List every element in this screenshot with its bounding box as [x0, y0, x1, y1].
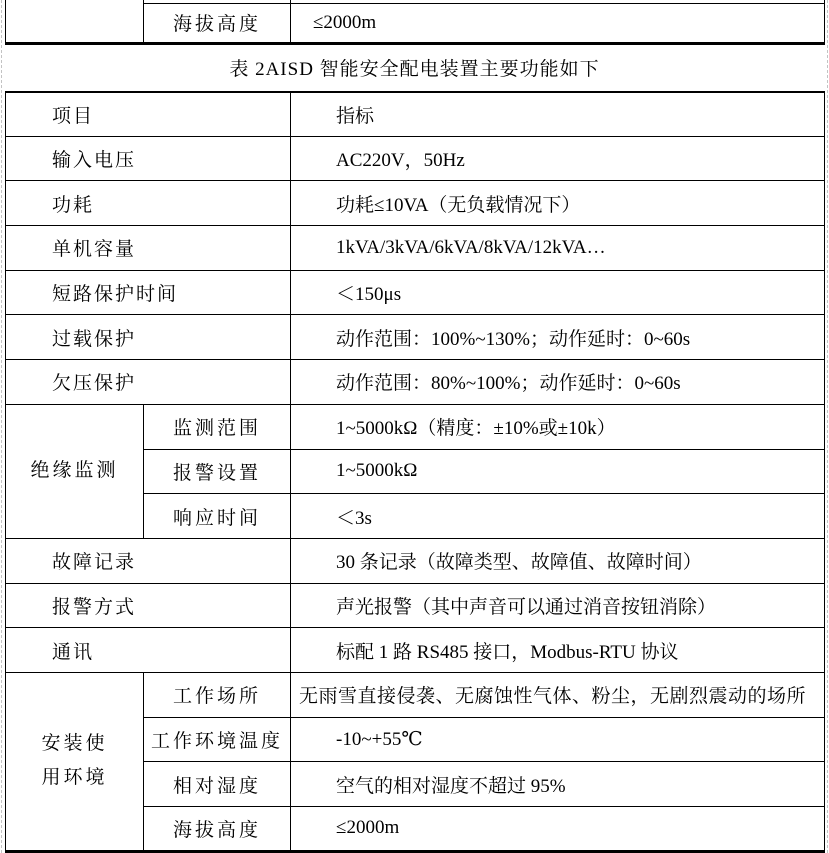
table-row-alarm-mode: 报警方式 声光报警（其中声音可以通过消音按钮消除）: [6, 583, 825, 628]
empty-group-cell: [6, 0, 144, 43]
value-cell: 1kVA/3kVA/6kVA/8kVA/12kVA…: [291, 226, 825, 271]
label-cell: 故障记录: [6, 538, 291, 583]
sublabel-cell: 工作环境温度: [144, 717, 291, 762]
label-cell: 过载保护: [6, 315, 291, 360]
table-row-header: 项目 指标: [6, 92, 825, 137]
value-cell: 动作范围：100%~130%；动作延时：0~60s: [291, 315, 825, 360]
label-cell: 输入电压: [6, 136, 291, 181]
table-row-power-consumption: 功耗 功耗≤10VA（无负载情况下）: [6, 181, 825, 226]
table-row-overload-protection: 过载保护 动作范围：100%~130%；动作延时：0~60s: [6, 315, 825, 360]
sublabel-cell: 相对湿度: [144, 762, 291, 807]
label-cell: 通讯: [6, 628, 291, 673]
value-cell: 功耗≤10VA（无负载情况下）: [291, 181, 825, 226]
value-cell: 标配 1 路 RS485 接口，Modbus-RTU 协议: [291, 628, 825, 673]
value-cell: -10~+55℃: [291, 717, 825, 762]
sublabel-cell: 响应时间: [144, 494, 291, 539]
table-row-fault-records: 故障记录 30 条记录（故障类型、故障值、故障时间）: [6, 538, 825, 583]
value-cell: ≤2000m: [291, 3, 825, 43]
value-cell: ≤2000m: [291, 807, 825, 852]
page-margin-line-left: [1, 0, 2, 853]
value-cell: AC220V，50Hz: [291, 136, 825, 181]
table-row-input-voltage: 输入电压 AC220V，50Hz: [6, 136, 825, 181]
value-cell: ＜3s: [291, 494, 825, 539]
table-row-monitoring-range: 绝缘监测 监测范围 1~5000kΩ（精度：±10%或±10k）: [6, 404, 825, 449]
table-title: 表 2AISD 智能安全配电装置主要功能如下: [0, 45, 829, 91]
page-margin-line-right: [827, 0, 828, 853]
label-cell: 单机容量: [6, 226, 291, 271]
label-cell: 海拔高度: [144, 3, 291, 43]
table-row-short-circuit-protection-time: 短路保护时间 ＜150μs: [6, 270, 825, 315]
table-row-communication: 通讯 标配 1 路 RS485 接口，Modbus-RTU 协议: [6, 628, 825, 673]
label-cell: 项目: [6, 92, 291, 137]
sublabel-cell: 报警设置: [144, 449, 291, 494]
sublabel-cell: 监测范围: [144, 404, 291, 449]
label-cell: 欠压保护: [6, 360, 291, 405]
value-cell: 指标: [291, 92, 825, 137]
table-row-unit-capacity: 单机容量 1kVA/3kVA/6kVA/8kVA/12kVA…: [6, 226, 825, 271]
label-cell: 报警方式: [6, 583, 291, 628]
value-cell: 声光报警（其中声音可以通过消音按钮消除）: [291, 583, 825, 628]
sublabel-cell: 工作场所: [144, 672, 291, 717]
group-cell-insulation-monitoring: 绝缘监测: [6, 404, 144, 538]
value-cell: ＜150μs: [291, 270, 825, 315]
value-cell: 1~5000kΩ: [291, 449, 825, 494]
value-cell: 空气的相对湿度不超过 95%: [291, 762, 825, 807]
group-cell-installation-environment: 安装使 用环境: [6, 672, 144, 851]
value-cell: 30 条记录（故障类型、故障值、故障时间）: [291, 538, 825, 583]
value-cell: 无雨雪直接侵袭、无腐蚀性气体、粉尘，无剧烈震动的场所: [291, 672, 825, 717]
value-cell: 动作范围：80%~100%；动作延时：0~60s: [291, 360, 825, 405]
main-spec-table: 项目 指标 输入电压 AC220V，50Hz 功耗 功耗≤10VA（无负载情况下…: [5, 91, 825, 853]
table-row-work-place: 安装使 用环境 工作场所 无雨雪直接侵袭、无腐蚀性气体、粉尘，无剧烈震动的场所: [6, 672, 825, 717]
label-cell: 短路保护时间: [6, 270, 291, 315]
previous-table-fragment: 海拔高度 ≤2000m: [5, 0, 825, 45]
sublabel-cell: 海拔高度: [144, 807, 291, 852]
label-cell: 功耗: [6, 181, 291, 226]
table-row-undervoltage-protection: 欠压保护 动作范围：80%~100%；动作延时：0~60s: [6, 360, 825, 405]
value-cell: 1~5000kΩ（精度：±10%或±10k）: [291, 404, 825, 449]
